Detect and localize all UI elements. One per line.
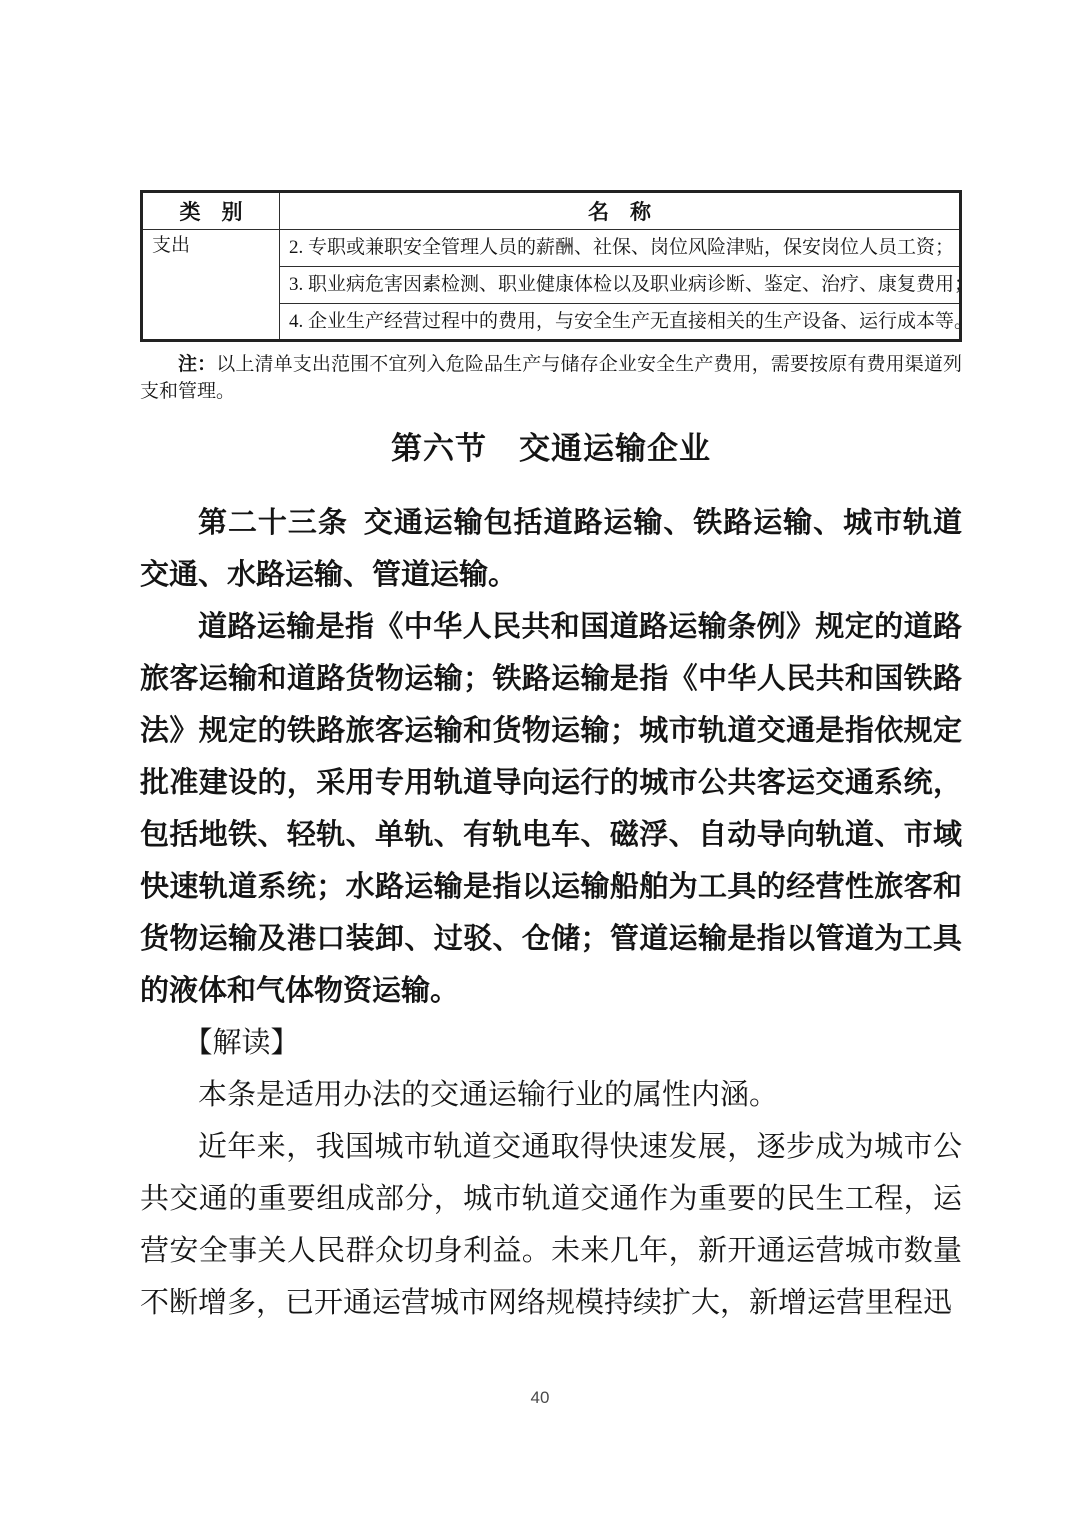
table-note: 注：以上清单支出范围不宜列入危险品生产与储存企业安全生产费用，需要按原有费用渠道… bbox=[140, 351, 962, 405]
name-cell-3: 3. 职业病危害因素检测、职业健康体检以及职业病诊断、鉴定、治疗、康复费用； bbox=[280, 267, 961, 304]
column-header-category: 类 别 bbox=[142, 192, 280, 230]
interpretation-heading: 【解读】 bbox=[140, 1017, 962, 1069]
table-row: 支出 2. 专职或兼职安全管理人员的薪酬、社保、岗位风险津贴，保安岗位人员工资； bbox=[142, 230, 961, 267]
expense-category-table: 类 别 名 称 支出 2. 专职或兼职安全管理人员的薪酬、社保、岗位风险津贴，保… bbox=[140, 190, 962, 342]
column-header-name: 名 称 bbox=[280, 192, 961, 230]
name-cell-4: 4. 企业生产经营过程中的费用，与安全生产无直接相关的生产设备、运行成本等。 bbox=[280, 304, 961, 341]
category-cell: 支出 bbox=[142, 230, 280, 341]
name-cell-2: 2. 专职或兼职安全管理人员的薪酬、社保、岗位风险津贴，保安岗位人员工资； bbox=[280, 230, 961, 267]
document-page: 类 别 名 称 支出 2. 专职或兼职安全管理人员的薪酬、社保、岗位风险津贴，保… bbox=[0, 0, 1080, 1527]
section-heading: 第六节 交通运输企业 bbox=[140, 427, 962, 471]
article-number: 第二十三条 bbox=[198, 507, 348, 539]
note-label: 注： bbox=[178, 354, 216, 375]
page-number: 40 bbox=[0, 1388, 1080, 1408]
note-text: 以上清单支出范围不宜列入危险品生产与储存企业安全生产费用，需要按原有费用渠道列支… bbox=[140, 354, 962, 402]
article-paragraph-1: 第二十三条交通运输包括道路运输、铁路运输、城市轨道交通、水路运输、管道运输。 bbox=[140, 497, 962, 601]
table-header-row: 类 别 名 称 bbox=[142, 192, 961, 230]
interpretation-paragraph-2: 近年来，我国城市轨道交通取得快速发展，逐步成为城市公共交通的重要组成部分，城市轨… bbox=[140, 1121, 962, 1329]
interpretation-paragraph-1: 本条是适用办法的交通运输行业的属性内涵。 bbox=[140, 1069, 962, 1121]
article-paragraph-2: 道路运输是指《中华人民共和国道路运输条例》规定的道路旅客运输和道路货物运输；铁路… bbox=[140, 601, 962, 1017]
